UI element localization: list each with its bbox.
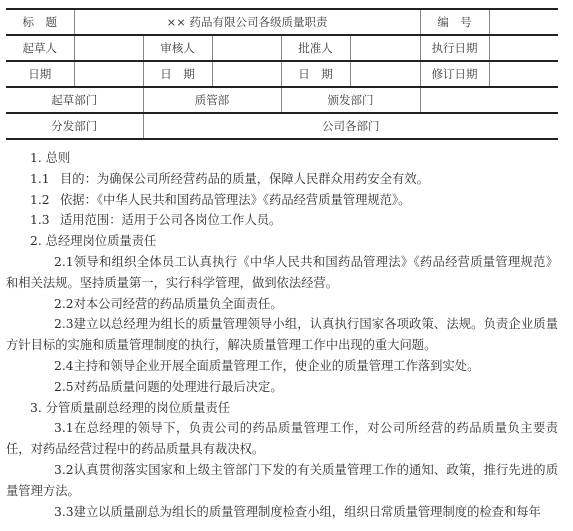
approver-label: 批准人 <box>281 35 350 61</box>
clause: 3.1在总经理的领导下，负责公司的药品质量管理工作，对公司所经营的药品质量负主要… <box>6 418 558 460</box>
clause: 2.5对药品质量问题的处理进行最后决定。 <box>6 377 558 398</box>
header-row-distribution: 分发部门 公司各部门 <box>6 113 558 139</box>
approver-date-value <box>350 61 420 87</box>
clause-text: 对药品质量问题的处理进行最后决定。 <box>74 380 283 394</box>
approver-value <box>350 35 420 61</box>
drafter-date-label: 日期 <box>6 61 74 87</box>
document-page: 标 题 ×× 药品有限公司各级质量职责 编 号 起草人 审核人 批准人 执行日期… <box>0 0 573 531</box>
clause-number: 2.4 <box>30 356 74 377</box>
drafting-dept-value: 质管部 <box>143 87 281 113</box>
reviewer-date-value <box>212 61 281 87</box>
issuing-dept-label: 颁发部门 <box>281 87 420 113</box>
section-heading: 3. 分管质量副总经理的岗位质量责任 <box>6 398 558 419</box>
clause: 2.4主持和领导企业开展全面质量管理工作，使企业的质量管理工作落到实处。 <box>6 356 558 377</box>
issuing-dept-value <box>420 87 558 113</box>
clause-text: 目的：为确保公司所经营药品的质量，保障人民群众用药安全有效。 <box>60 172 429 186</box>
clause-number: 3.1 <box>30 418 74 439</box>
clause-number: 2.5 <box>30 377 74 398</box>
clause-number: 3.3 <box>30 502 74 523</box>
section-heading: 2. 总经理岗位质量责任 <box>6 231 558 252</box>
clause: 2.2对本公司经营的药品质量负全面责任。 <box>6 294 558 315</box>
clause: 1.3适用范围：适用于公司各岗位工作人员。 <box>6 210 558 231</box>
clause-text: 领导和组织全体员工认真执行《中华人民共和国药品管理法》《药品经营质量管理规范》和… <box>6 255 558 290</box>
approver-date-label: 日 期 <box>281 61 350 87</box>
header-row-departments: 起草部门 质管部 颁发部门 <box>6 87 558 113</box>
header-row-title: 标 题 ×× 药品有限公司各级质量职责 编 号 <box>6 9 558 35</box>
clause-text: 认真贯彻落实国家和上级主管部门下发的有关质量管理工作的通知、政策，推行先进的质量… <box>6 463 558 498</box>
clause: 1.2依据：《中华人民共和国药品管理法》《药品经营质量管理规范》。 <box>6 190 558 211</box>
document-header-table: 标 题 ×× 药品有限公司各级质量职责 编 号 起草人 审核人 批准人 执行日期… <box>6 8 558 140</box>
drafter-date-value <box>74 61 143 87</box>
doc-number-value <box>489 9 558 35</box>
clause-number: 2.2 <box>30 294 74 315</box>
clause: 1.1目的：为确保公司所经营药品的质量，保障人民群众用药安全有效。 <box>6 169 558 190</box>
clause-text: 适用范围：适用于公司各岗位工作人员。 <box>60 213 281 227</box>
clause-text: 依据：《中华人民共和国药品管理法》《药品经营质量管理规范》。 <box>60 193 410 207</box>
clause: 2.1领导和组织全体员工认真执行《中华人民共和国药品管理法》《药品经营质量管理规… <box>6 252 558 294</box>
reviewer-value <box>212 35 281 61</box>
drafter-value <box>74 35 143 61</box>
document-body: 1. 总则 1.1目的：为确保公司所经营药品的质量，保障人民群众用药安全有效。 … <box>6 148 558 522</box>
clause-number: 1.2 <box>30 190 60 211</box>
header-row-dates: 日期 日 期 日 期 修订日期 <box>6 61 558 87</box>
section-heading: 1. 总则 <box>6 148 558 169</box>
title-label: 标 题 <box>6 9 74 35</box>
distribution-dept-label: 分发部门 <box>6 113 143 139</box>
clause-number: 2.3 <box>30 314 74 335</box>
clause-text: 对本公司经营的药品质量负全面责任。 <box>74 297 283 311</box>
clause-text: 建立以总经理为组长的质量管理领导小组，认真执行国家各项政策、法规。负责企业质量方… <box>6 317 558 352</box>
clause-text: 主持和领导企业开展全面质量管理工作，使企业的质量管理工作落到实处。 <box>74 359 480 373</box>
clause-number: 2.1 <box>30 252 74 273</box>
revision-date-value <box>489 61 558 87</box>
title-value: ×× 药品有限公司各级质量职责 <box>74 9 420 35</box>
clause-number: 1.1 <box>30 169 60 190</box>
effective-date-label: 执行日期 <box>420 35 489 61</box>
clause-text: 在总经理的领导下，负责公司的药品质量管理工作，对公司所经营的药品质量负主要责任，… <box>6 421 558 456</box>
clause-text: 建立以质量副总为组长的质量管理制度检查小组，组织日常质量管理制度的检查和每年 <box>74 505 541 519</box>
doc-number-label: 编 号 <box>420 9 489 35</box>
clause-number: 3.2 <box>30 460 74 481</box>
reviewer-label: 审核人 <box>143 35 212 61</box>
drafter-label: 起草人 <box>6 35 74 61</box>
drafting-dept-label: 起草部门 <box>6 87 143 113</box>
reviewer-date-label: 日 期 <box>143 61 212 87</box>
clause: 3.2认真贯彻落实国家和上级主管部门下发的有关质量管理工作的通知、政策，推行先进… <box>6 460 558 502</box>
header-row-signers: 起草人 审核人 批准人 执行日期 <box>6 35 558 61</box>
clause: 2.3建立以总经理为组长的质量管理领导小组，认真执行国家各项政策、法规。负责企业… <box>6 314 558 356</box>
distribution-dept-value: 公司各部门 <box>143 113 558 139</box>
clause: 3.3建立以质量副总为组长的质量管理制度检查小组，组织日常质量管理制度的检查和每… <box>6 502 558 523</box>
effective-date-value <box>489 35 558 61</box>
clause-number: 1.3 <box>30 210 60 231</box>
revision-date-label: 修订日期 <box>420 61 489 87</box>
